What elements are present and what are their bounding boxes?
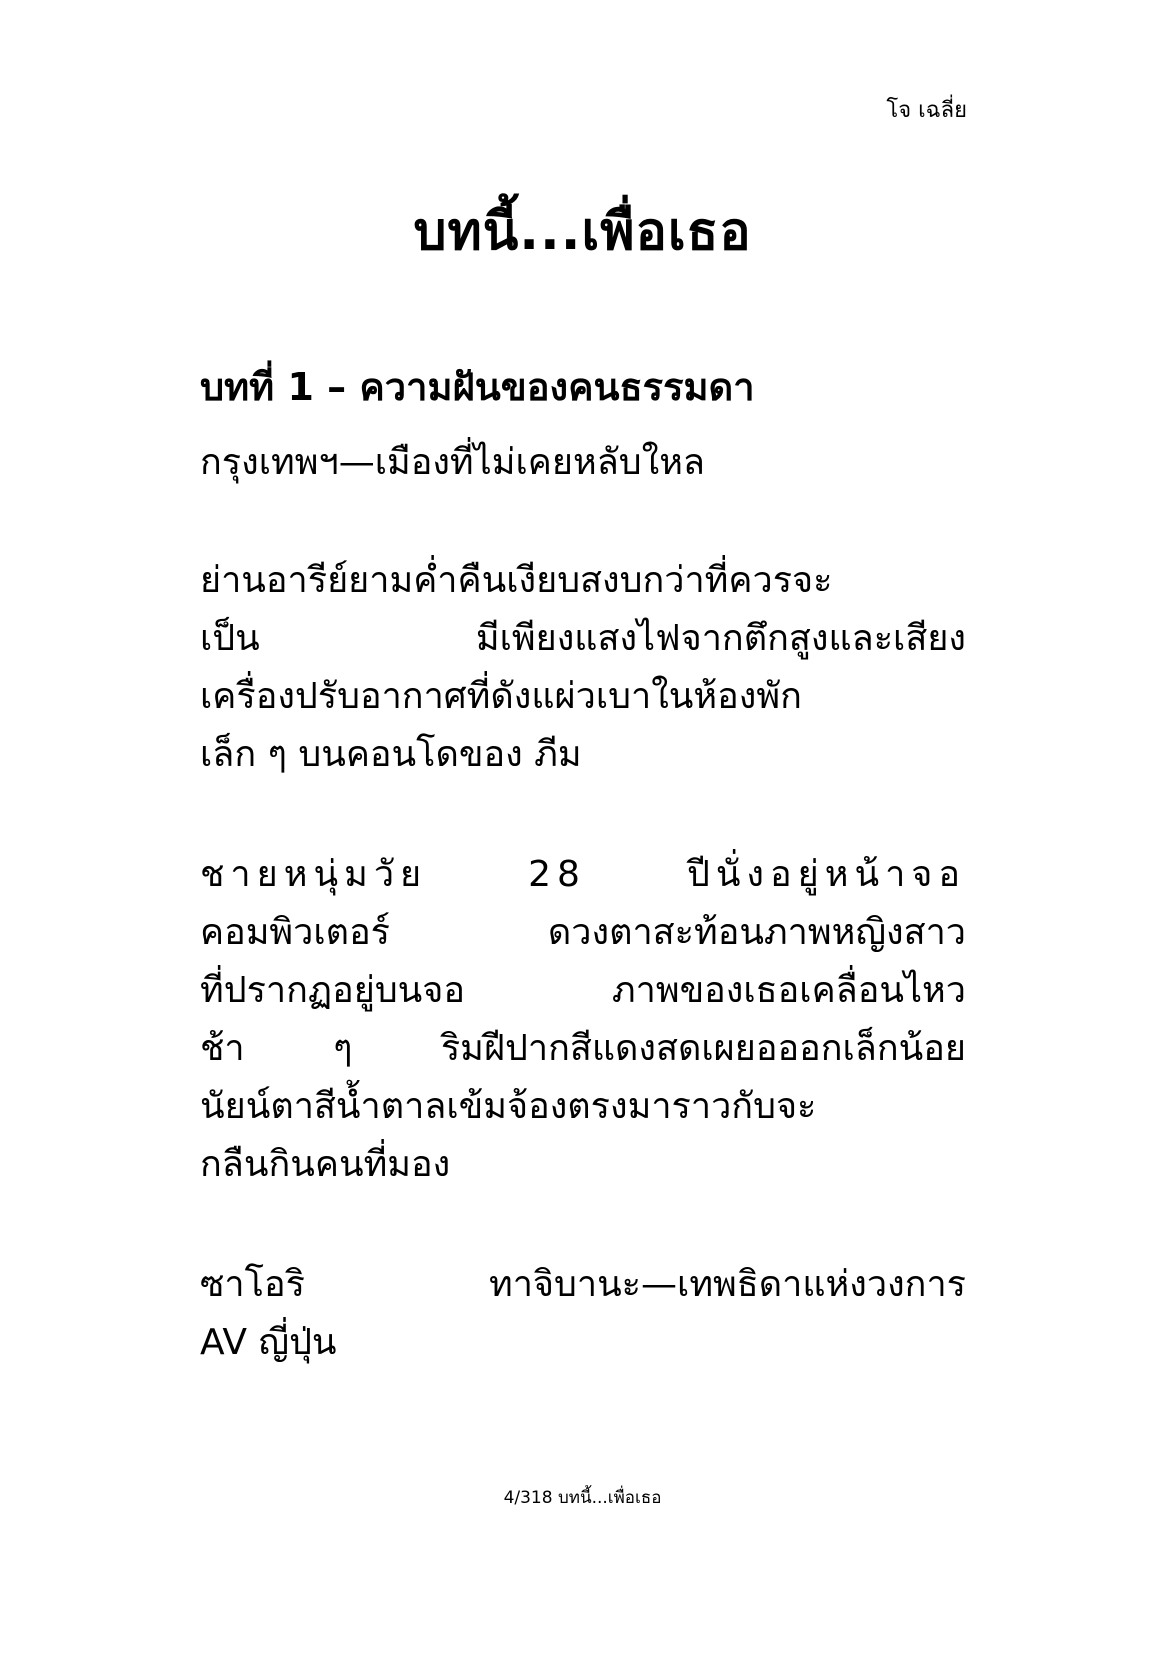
text-line: ชายหนุ่มวัย 28 ปีนั่งอยู่หน้าจอ xyxy=(200,846,966,904)
text-line: นัยน์ตาสีน้ำตาลเข้มจ้องตรงมาราวกับจะ xyxy=(200,1078,966,1136)
book-title: บทนี้...เพื่อเธอ xyxy=(0,196,1165,268)
text-line: เป็น มีเพียงแสงไฟจากตึกสูงและเสียง xyxy=(200,610,966,668)
text-line: คอมพิวเตอร์ ดวงตาสะท้อนภาพหญิงสาว xyxy=(200,904,966,962)
text-line: AV ญี่ปุ่น xyxy=(200,1314,966,1372)
text-line: กลืนกินคนที่มอง xyxy=(200,1136,966,1194)
paragraph-1: กรุงเทพฯ—เมืองที่ไม่เคยหลับใหล xyxy=(200,434,966,492)
chapter-heading: บทที่ 1 – ความฝันของคนธรรมดา xyxy=(200,360,966,414)
page-content: บทที่ 1 – ความฝันของคนธรรมดา กรุงเทพฯ—เม… xyxy=(200,360,966,1434)
page-footer: 4/318 บทนี้...เพื่อเธอ xyxy=(0,1486,1165,1510)
text-line: ซาโอริ ทาจิบานะ—เทพธิดาแห่งวงการ xyxy=(200,1256,966,1314)
text-line: ช้า ๆ ริมฝีปากสีแดงสดเผยอออกเล็กน้อย xyxy=(200,1020,966,1078)
text-line: เครื่องปรับอากาศที่ดังแผ่วเบาในห้องพัก xyxy=(200,668,966,726)
document-page: โจ เฉลี่ย บทนี้...เพื่อเธอ บทที่ 1 – ควา… xyxy=(0,0,1165,1653)
paragraph-2: ย่านอารีย์ยามค่ำคืนเงียบสงบกว่าที่ควรจะ … xyxy=(200,552,966,784)
text-line: กรุงเทพฯ—เมืองที่ไม่เคยหลับใหล xyxy=(200,434,966,492)
text-line: ที่ปรากฏอยู่บนจอ ภาพของเธอเคลื่อนไหว xyxy=(200,962,966,1020)
text-line: เล็ก ๆ บนคอนโดของ ภีม xyxy=(200,726,966,784)
paragraph-3: ชายหนุ่มวัย 28 ปีนั่งอยู่หน้าจอ คอมพิวเต… xyxy=(200,846,966,1194)
text-line: ย่านอารีย์ยามค่ำคืนเงียบสงบกว่าที่ควรจะ xyxy=(200,552,966,610)
paragraph-4: ซาโอริ ทาจิบานะ—เทพธิดาแห่งวงการ AV ญี่ป… xyxy=(200,1256,966,1372)
author-name: โจ เฉลี่ย xyxy=(886,96,967,126)
